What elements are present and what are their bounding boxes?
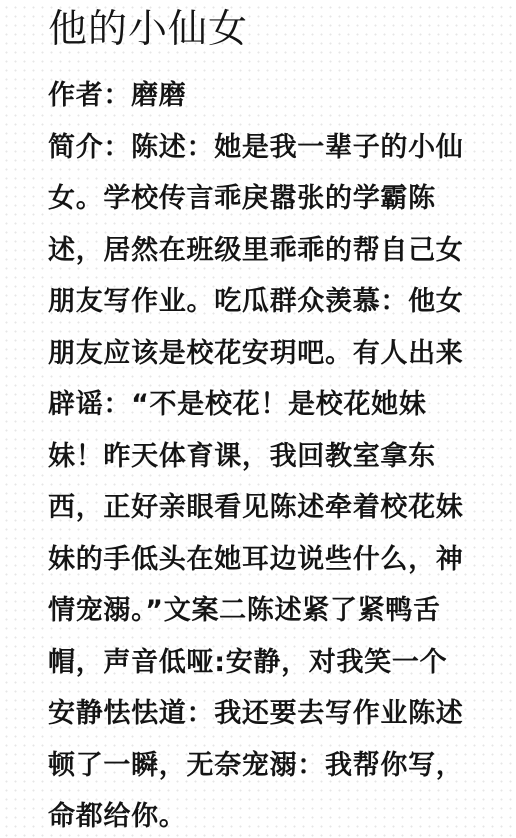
book-details: 作者：磨磨 简介：陈述：她是我一辈子的小仙 女。学校传言乖戾嚣张的学霸陈 述，居… [48, 70, 464, 838]
synopsis-line: 安静怯怯道：我还要去写作业陈述 [48, 688, 464, 740]
synopsis-line: 西，正好亲眼看见陈述牵着校花妹 [48, 482, 464, 534]
synopsis-line: 妹的手低头在她耳边说些什么，神 [48, 534, 464, 586]
synopsis-line: 命都给你。 [48, 791, 464, 838]
synopsis-line: 女。学校传言乖戾嚣张的学霸陈 [48, 173, 464, 225]
author-line: 作者：磨磨 [48, 70, 464, 122]
synopsis-line: 辟谣：“不是校花！是校花她妹 [48, 379, 464, 431]
synopsis-line: 朋友应该是校花安玥吧。有人出来 [48, 328, 464, 380]
synopsis-line: 妹！昨天体育课，我回教室拿东 [48, 431, 464, 483]
synopsis-line: 顿了一瞬，无奈宠溺：我帮你写， [48, 740, 464, 792]
synopsis-line: 情宠溺。”文案二陈述紧了紧鸭舌 [48, 585, 464, 637]
synopsis-line: 述，居然在班级里乖乖的帮自己女 [48, 225, 464, 277]
synopsis-line: 朋友写作业。吃瓜群众羡慕：他女 [48, 276, 464, 328]
synopsis-line: 简介：陈述：她是我一辈子的小仙 [48, 122, 464, 174]
book-title: 他的小仙女 [48, 2, 248, 58]
synopsis-line: 帽，声音低哑:安静，对我笑一个 [48, 637, 464, 689]
